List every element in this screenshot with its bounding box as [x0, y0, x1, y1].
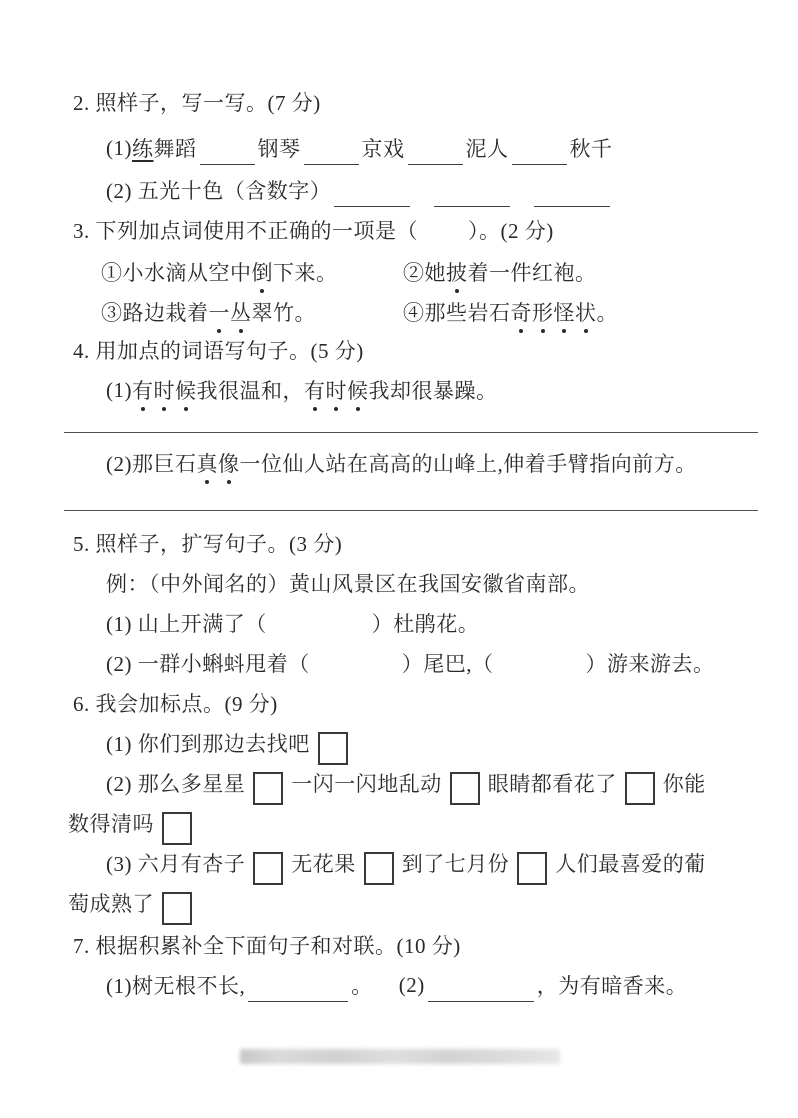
dotted-char: 怪	[554, 297, 576, 327]
text-segment: (1)	[106, 378, 132, 403]
dotted-char: 候	[175, 375, 197, 405]
q2-item-1: (1) 练舞蹈钢琴京戏泥人秋千	[64, 128, 758, 168]
text-segment: (2)那巨石	[106, 448, 197, 478]
q2-item-2: (2) 五光十色（含数字）	[64, 170, 758, 210]
text-segment: (2) 那么多星星	[106, 768, 245, 798]
q6-header: 6. 我会加标点。(9 分)	[64, 683, 758, 723]
text-segment: 例：（中外闻名的）黄山风景区在我国安徽省南部。	[106, 568, 590, 598]
answer-blank	[200, 143, 255, 165]
dotted-char: 有	[304, 375, 326, 405]
punctuation-box	[253, 852, 283, 885]
questions-container: 2. 照样子，写一写。(7 分)(1) 练舞蹈钢琴京戏泥人秋千(2) 五光十色（…	[64, 82, 758, 1005]
answer-blank	[534, 185, 610, 207]
text-segment: 7. 根据积累补全下面句子和对联。(10 分)	[73, 930, 461, 960]
punctuation-box	[364, 852, 394, 885]
underlined-example-word: 练	[132, 133, 154, 163]
q4-item-1: (1) 有时候我很温和，有时候我却很暴躁。	[64, 370, 758, 410]
q6-item-1: (1) 你们到那边去找吧	[64, 723, 758, 763]
emphasized-text: 真像	[197, 448, 240, 478]
answer-blank	[334, 185, 410, 207]
text-segment: ③路边栽着	[101, 297, 209, 327]
punctuation-box	[517, 852, 547, 885]
dotted-char: 丛	[230, 297, 252, 327]
text-segment: (2)	[399, 973, 425, 998]
dotted-char: 时	[326, 375, 348, 405]
q6-item-3-line-1: (3) 六月有杏子无花果到了七月份人们最喜爱的葡	[64, 843, 758, 883]
text-segment: 泥人	[466, 133, 509, 163]
text-segment: 你能	[663, 768, 706, 798]
text-segment: 一位仙人站在高高的山峰上,伸着手臂指向前方。	[240, 448, 697, 478]
text-segment: (1)树无根不长,	[106, 970, 245, 1000]
text-segment: 着一件红袍。	[468, 257, 597, 287]
text-segment: ②她	[403, 257, 446, 287]
dotted-char: 有	[132, 375, 154, 405]
text-segment: 我却很暴躁。	[369, 375, 498, 405]
punctuation-box	[625, 772, 655, 805]
dotted-char: 形	[532, 297, 554, 327]
dotted-char: 奇	[511, 297, 533, 327]
answer-blank	[512, 143, 567, 165]
q4-item-2: (2)那巨石真像一位仙人站在高高的山峰上,伸着手臂指向前方。	[64, 443, 758, 483]
text-segment: 。	[597, 297, 619, 327]
emphasized-text: 奇形怪状	[511, 297, 597, 327]
q3-options-1: ①小水滴从空中倒下来。②她披着一件红袍。	[64, 252, 758, 292]
text-segment: ）杜鹃花。	[372, 608, 480, 638]
option-cell: ③路边栽着一丛翠竹。	[101, 297, 403, 327]
q3-header: 3. 下列加点词使用不正确的一项是（）。(2 分)	[64, 210, 758, 250]
punctuation-box	[253, 772, 283, 805]
dotted-char: 候	[347, 375, 369, 405]
dotted-char: 披	[446, 257, 468, 287]
text-segment: 钢琴	[258, 133, 301, 163]
q5-item-1: (1) 山上开满了（）杜鹃花。	[64, 603, 758, 643]
option-cell: ①小水滴从空中倒下来。	[101, 257, 403, 287]
emphasized-text: 披	[446, 257, 468, 287]
text-segment: ，为有暗香来。	[537, 970, 688, 1000]
dotted-char: 一	[209, 297, 231, 327]
dotted-char: 状	[575, 297, 597, 327]
text-segment: 5. 照样子，扩写句子。(3 分)	[73, 528, 342, 558]
option-cell: ④那些岩石奇形怪状。	[403, 297, 618, 327]
answer-blank	[408, 143, 463, 165]
punctuation-box	[162, 812, 192, 845]
q7-header: 7. 根据积累补全下面句子和对联。(10 分)	[64, 925, 758, 965]
emphasized-text: 一丛	[209, 297, 252, 327]
text-segment: ④那些岩石	[403, 297, 511, 327]
dotted-char: 像	[218, 448, 240, 478]
punctuation-box	[450, 772, 480, 805]
text-segment: 舞蹈	[154, 133, 197, 163]
text-segment: 一闪一闪地乱动	[291, 768, 442, 798]
q5-header: 5. 照样子，扩写句子。(3 分)	[64, 523, 758, 563]
punctuation-box	[162, 892, 192, 925]
emphasized-text: 有时候	[132, 375, 197, 405]
text-segment: 萄成熟了	[68, 888, 154, 918]
text-segment: 到了七月份	[402, 848, 510, 878]
text-segment: 2. 照样子，写一写。(7 分)	[73, 87, 321, 117]
q2-header: 2. 照样子，写一写。(7 分)	[64, 82, 758, 122]
dotted-char: 倒	[252, 257, 274, 287]
text-segment: 人们最喜爱的葡	[555, 848, 706, 878]
text-segment: (3) 六月有杏子	[106, 848, 245, 878]
emphasized-text: 倒	[252, 257, 274, 287]
emphasized-text: 有时候	[304, 375, 369, 405]
answer-blank	[248, 980, 348, 1002]
text-segment: ）尾巴,（	[402, 648, 494, 678]
answer-blank	[304, 143, 359, 165]
text-segment: 眼睛都看花了	[488, 768, 617, 798]
worksheet-page: 2. 照样子，写一写。(7 分)(1) 练舞蹈钢琴京戏泥人秋千(2) 五光十色（…	[0, 0, 798, 1118]
text-segment: 6. 我会加标点。(9 分)	[73, 688, 278, 718]
text-segment: ）游来游去。	[586, 648, 715, 678]
text-segment: 下来。	[273, 257, 338, 287]
text-segment: 4. 用加点的词语写句子。(5 分)	[73, 335, 364, 365]
answer-blank	[434, 185, 510, 207]
blurred-watermark	[240, 1049, 560, 1064]
text-segment: 翠竹。	[252, 297, 317, 327]
text-segment: ）。(2 分)	[468, 215, 554, 245]
text-segment: (1) 你们到那边去找吧	[106, 728, 310, 758]
q5-example: 例：（中外闻名的）黄山风景区在我国安徽省南部。	[64, 563, 758, 603]
text-segment: 3. 下列加点词使用不正确的一项是（	[73, 215, 418, 245]
dotted-char: 真	[197, 448, 219, 478]
q6-item-3-line-2: 萄成熟了	[64, 883, 758, 923]
text-segment: (1) 山上开满了（	[106, 608, 267, 638]
text-segment: 无花果	[291, 848, 356, 878]
punctuation-box	[318, 732, 348, 765]
answer-blank	[428, 980, 534, 1002]
q7-item: (1)树无根不长,。(2)，为有暗香来。	[64, 965, 758, 1005]
q4-rule-1	[64, 432, 758, 433]
text-segment: 我很温和，	[197, 375, 305, 405]
dotted-char: 时	[154, 375, 176, 405]
q3-options-2: ③路边栽着一丛翠竹。④那些岩石奇形怪状。	[64, 292, 758, 332]
text-segment: (2) 一群小蝌蚪甩着（	[106, 648, 310, 678]
option-cell: ②她披着一件红袍。	[403, 257, 597, 287]
text-segment: 秋千	[570, 133, 613, 163]
q4-header: 4. 用加点的词语写句子。(5 分)	[64, 330, 758, 370]
text-segment: 。	[351, 970, 373, 1000]
text-segment: (2) 五光十色（含数字）	[106, 175, 331, 205]
q5-item-2: (2) 一群小蝌蚪甩着（）尾巴,（）游来游去。	[64, 643, 758, 683]
text-segment: 数得清吗	[68, 808, 154, 838]
q6-item-2-line-1: (2) 那么多星星一闪一闪地乱动眼睛都看花了你能	[64, 763, 758, 803]
text-segment: (1)	[106, 136, 132, 161]
text-segment: ①小水滴从空中	[101, 257, 252, 287]
text-segment: 京戏	[362, 133, 405, 163]
q6-item-2-line-2: 数得清吗	[64, 803, 758, 843]
q4-rule-2	[64, 510, 758, 511]
